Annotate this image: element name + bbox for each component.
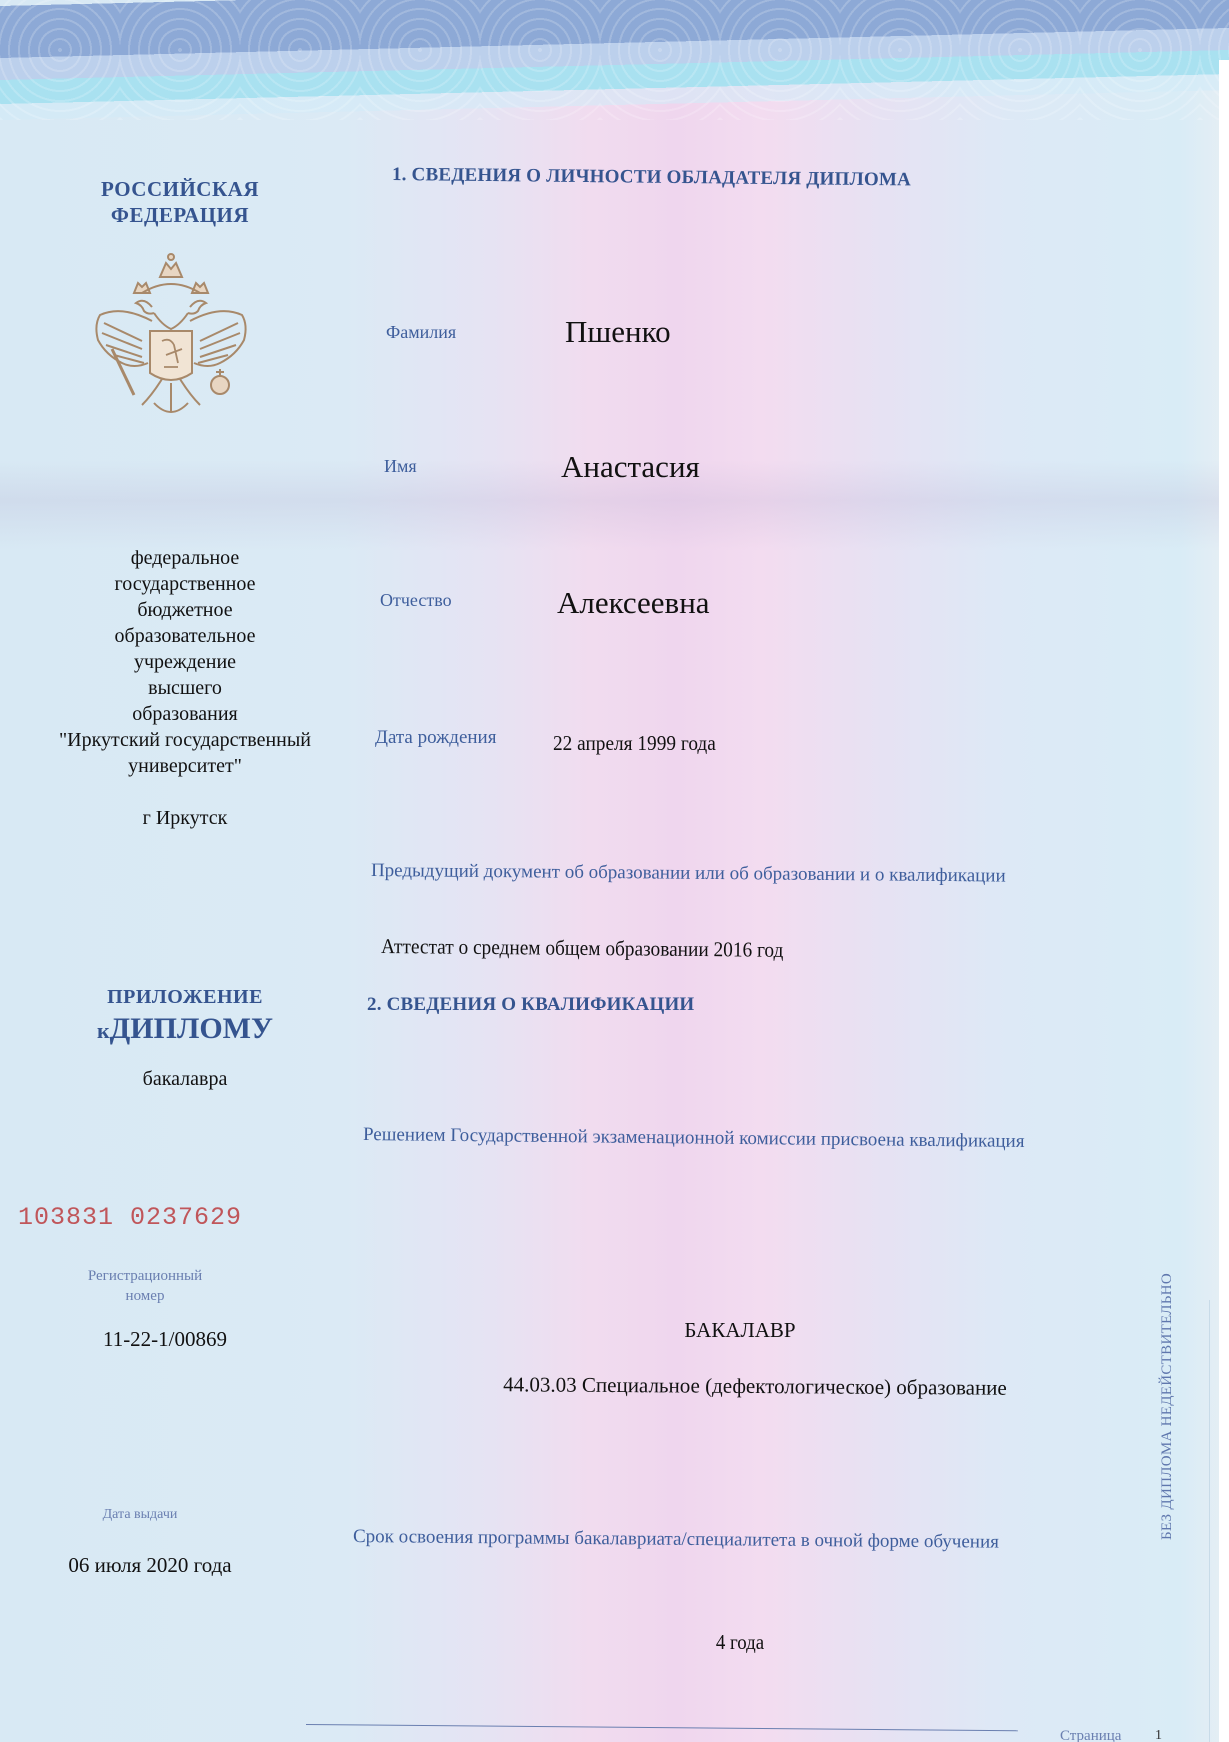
section2-title: 2. СВЕДЕНИЯ О КВАЛИФИКАЦИИ (367, 994, 694, 1016)
margin-line (1209, 1300, 1210, 1742)
org-line: федеральное (40, 545, 330, 571)
country-line-2: ФЕДЕРАЦИЯ (60, 202, 300, 228)
registration-label-line: номер (60, 1286, 230, 1306)
registration-label-line: Регистрационный (60, 1266, 230, 1286)
patronymic-label: Отчество (380, 590, 452, 611)
issue-date: 06 июля 2020 года (30, 1553, 270, 1578)
study-duration-value: 4 года (686, 1630, 794, 1655)
org-line: образования (40, 701, 330, 727)
serial-number: 103831 0237629 (18, 1203, 278, 1232)
dob-value: 22 апреля 1999 года (553, 731, 716, 756)
page-number: 1 (1155, 1728, 1162, 1742)
specialty-value: 44.03.03 Специальное (дефектологическое)… (460, 1372, 1050, 1401)
qualification-value: БАКАЛАВР (640, 1318, 840, 1343)
surname-value: Пшенко (565, 314, 671, 350)
surname-label: Фамилия (386, 322, 456, 343)
city: г Иркутск (40, 807, 330, 830)
russian-coat-of-arms-icon (82, 245, 260, 425)
org-line: учреждение (40, 649, 330, 675)
appendix-title-line1: ПРИЛОЖЕНИЕ (40, 986, 330, 1009)
previous-document-label: Предыдущий документ об образовании или о… (371, 860, 1006, 888)
org-line: государственное (40, 571, 330, 597)
qualification-decision-label: Решением Государственной экзаменационной… (363, 1124, 1083, 1154)
security-pattern-band (0, 0, 1229, 120)
registration-label: Регистрационный номер (60, 1266, 230, 1306)
section1-title: 1. СВЕДЕНИЯ О ЛИЧНОСТИ ОБЛАДАТЕЛЯ ДИПЛОМ… (392, 164, 911, 191)
appendix-title-prefix: к (97, 1018, 110, 1043)
footer-divider (306, 1724, 1018, 1731)
previous-document-value: Аттестат о среднем общем образовании 201… (381, 934, 784, 963)
country-line-1: РОССИЙСКАЯ (60, 176, 300, 202)
org-line: образовательное (40, 623, 330, 649)
org-line: бюджетное (40, 597, 330, 623)
study-duration-label: Срок освоения программы бакалавриата/спе… (353, 1526, 1113, 1555)
appendix-title-line2: кДИПЛОМУ (40, 1012, 330, 1046)
patronymic-value: Алексеевна (557, 585, 710, 621)
country-name: РОССИЙСКАЯ ФЕДЕРАЦИЯ (60, 176, 300, 228)
degree-level: бакалавра (40, 1068, 330, 1091)
appendix-title-main: ДИПЛОМУ (110, 1012, 273, 1045)
org-line: "Иркутский государственный (40, 727, 330, 753)
dob-label: Дата рождения (375, 727, 496, 749)
issue-date-label: Дата выдачи (60, 1507, 220, 1523)
org-line: высшего (40, 675, 330, 701)
page-edge (1219, 60, 1229, 1742)
validity-note-text: БЕЗ ДИПЛОМА НЕДЕЙСТВИТЕЛЬНО (1159, 1273, 1176, 1540)
name-value: Анастасия (561, 449, 700, 485)
organization-name: федеральное государственное бюджетное об… (40, 545, 330, 779)
registration-number: 11-22-1/00869 (40, 1327, 290, 1352)
org-line: университет" (40, 753, 330, 779)
page-label: Страница (1060, 1728, 1121, 1742)
name-label: Имя (384, 456, 417, 477)
